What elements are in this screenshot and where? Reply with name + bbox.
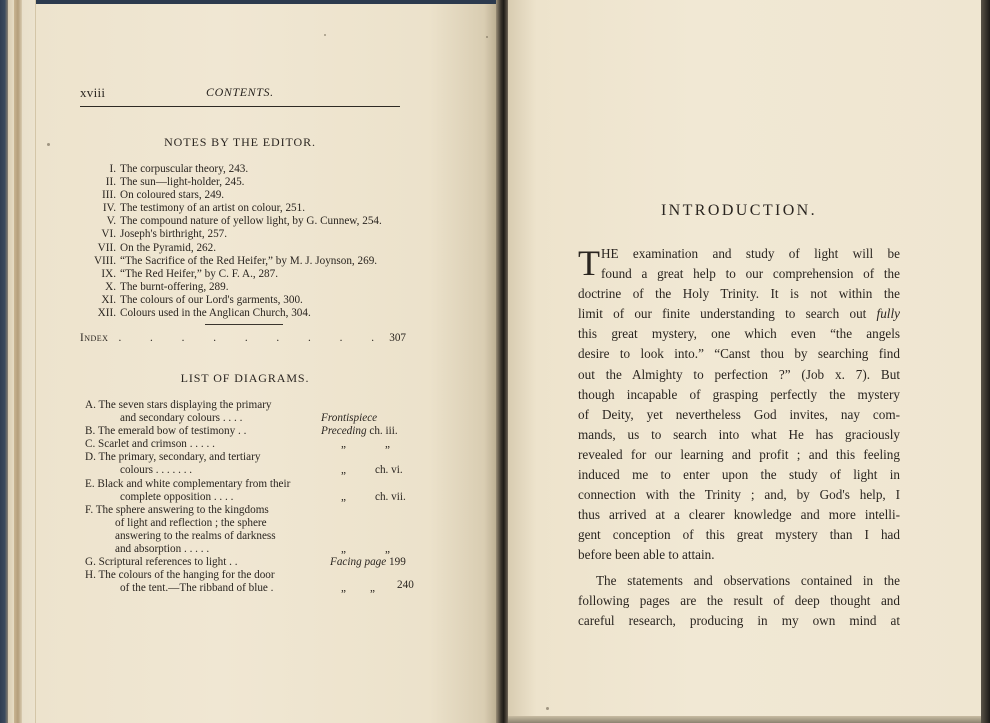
diagram-ref: Frontispiece (321, 412, 377, 425)
ditto-mark: „ (341, 491, 346, 504)
text-line: found a great help to our comprehension … (578, 264, 900, 284)
diagram-item-cont: complete opposition . . . .„ch. vii. (85, 491, 415, 504)
diagram-item: A. The seven stars displaying the primar… (85, 399, 415, 412)
text-line: HE examination and study of light will b… (578, 244, 900, 264)
text-line: induced me to enter upon the study of li… (578, 465, 900, 485)
diagram-list: A. The seven stars displaying the primar… (85, 399, 415, 595)
diagrams-title: LIST OF DIAGRAMS. (80, 371, 410, 386)
text-line: revealed for our learning and profit ; a… (578, 445, 900, 465)
index-entry: Index . . . . . . . . . . . . 307 (80, 332, 406, 344)
text-line: gent conception of this great mystery th… (578, 525, 900, 545)
note-text: The compound nature of yellow light, by … (120, 215, 382, 228)
text-line: thus arrived at a clearer knowledge and … (578, 505, 900, 525)
diagram-text: answering to the realms of darkness (115, 530, 276, 543)
leader-dots: . . . . . . . . . . . . (108, 332, 389, 344)
notes-list: I.The corpuscular theory, 243. II.The su… (80, 163, 410, 320)
note-item: II.The sun—light-holder, 245. (80, 176, 410, 189)
note-text: Joseph's birthright, 257. (120, 228, 227, 241)
chapter-title: INTRODUCTION. (578, 202, 900, 220)
diagram-chapter: ch. vi. (375, 464, 403, 477)
page-edge-strip (22, 0, 36, 723)
diagram-item-cont: of light and reflection ; the sphere (85, 517, 415, 530)
text-line: careful research, producing in my own mi… (578, 611, 900, 631)
paper-speck (324, 34, 326, 36)
book-cover-edge (0, 0, 8, 723)
diagram-item-cont: colours . . . . . . .„ch. vi. (85, 464, 415, 477)
diagram-item: F. The sphere answering to the kingdoms (85, 504, 415, 517)
diagram-text: and absorption . . . . . (115, 543, 209, 556)
ditto-mark: „ (341, 582, 346, 595)
diagram-page: 240 (397, 579, 414, 592)
bottom-edge (508, 716, 981, 723)
diagram-chapter: ch. vii. (375, 491, 406, 504)
diagram-item: G. Scriptural references to light . .Fac… (85, 556, 415, 569)
diagram-text: H. The colours of the hanging for the do… (85, 569, 275, 582)
diagram-text: of light and reflection ; the sphere (115, 517, 267, 530)
drop-cap: T (578, 248, 600, 278)
ref-italic: Preceding (321, 425, 367, 437)
paper-speck (486, 36, 488, 38)
note-text: On coloured stars, 249. (120, 189, 224, 202)
diagram-ref: Facing page 199 (330, 556, 406, 569)
diagram-item: E. Black and white complementary from th… (85, 478, 415, 491)
diagram-text: D. The primary, secondary, and tertiary (85, 451, 260, 464)
diagram-text: and secondary colours . . . . (120, 412, 242, 425)
note-number: VII. (80, 242, 120, 255)
text-line: The statements and observations containe… (578, 571, 900, 591)
text-line: this great mystery, one which even “the … (578, 324, 900, 344)
note-text: Colours used in the Anglican Church, 304… (120, 307, 311, 320)
section-rule (205, 324, 283, 325)
note-item: VIII.“The Sacrifice of the Red Heifer,” … (80, 255, 410, 268)
text-line: before been able to attain. (578, 545, 900, 565)
note-number: XI. (80, 294, 120, 307)
note-text: On the Pyramid, 262. (120, 242, 216, 255)
note-number: I. (80, 163, 120, 176)
note-number: VIII. (80, 255, 120, 268)
note-item: XI.The colours of our Lord's garments, 3… (80, 294, 410, 307)
note-item: V.The compound nature of yellow light, b… (80, 215, 410, 228)
ref-page: 199 (386, 556, 406, 568)
note-number: III. (80, 189, 120, 202)
page-number: xviii (80, 85, 105, 101)
note-item: I.The corpuscular theory, 243. (80, 163, 410, 176)
index-page: 307 (389, 332, 406, 344)
running-head: xviii CONTENTS. (80, 85, 400, 105)
diagram-item-cont: and absorption . . . . .„„ (85, 543, 415, 556)
page-edge-strip (14, 0, 22, 723)
book-spread: xviii CONTENTS. NOTES BY THE EDITOR. I.T… (0, 0, 990, 723)
note-text: The testimony of an artist on colour, 25… (120, 202, 305, 215)
text-segment: limit of our finite understanding to sea… (578, 306, 866, 321)
note-number: V. (80, 215, 120, 228)
note-number: X. (80, 281, 120, 294)
note-text: The burnt-offering, 289. (120, 281, 229, 294)
header-rule (80, 106, 400, 107)
diagram-item: C. Scarlet and crimson . . . . .„„ (85, 438, 415, 451)
ditto-mark: „ (341, 543, 346, 556)
note-number: II. (80, 176, 120, 189)
diagram-text: A. The seven stars displaying the primar… (85, 399, 272, 412)
note-text: “The Red Heifer,” by C. F. A., 287. (120, 268, 278, 281)
diagram-text: colours . . . . . . . (120, 464, 192, 477)
diagram-text: C. Scarlet and crimson . . . . . (85, 438, 215, 451)
note-item: VII.On the Pyramid, 262. (80, 242, 410, 255)
diagram-text: of the tent.—The ribband of blue . (120, 582, 273, 595)
note-item: IV.The testimony of an artist on colour,… (80, 202, 410, 215)
text-line: limit of our finite understanding to sea… (578, 304, 900, 324)
text-line: following pages are the result of deep t… (578, 591, 900, 611)
text-line: though incapable of grasping perfectly t… (578, 385, 900, 405)
diagram-item: B. The emerald bow of testimony . .Prece… (85, 425, 415, 438)
note-item: XII.Colours used in the Anglican Church,… (80, 307, 410, 320)
diagram-text: F. The sphere answering to the kingdoms (85, 504, 269, 517)
note-number: XII. (80, 307, 120, 320)
ditto-mark: „ (341, 464, 346, 477)
note-number: VI. (80, 228, 120, 241)
right-edge-shadow (981, 0, 990, 723)
ref-chapter: ch. iii. (367, 425, 398, 437)
ditto-mark: „ (385, 543, 390, 556)
text-line: connection with the Trinity ; and, by Go… (578, 485, 900, 505)
diagram-item-cont: of the tent.—The ribband of blue .„„240 (85, 582, 415, 595)
note-number: IX. (80, 268, 120, 281)
diagram-text: E. Black and white complementary from th… (85, 478, 290, 491)
note-text: The sun—light-holder, 245. (120, 176, 244, 189)
first-paragraph-opening: T HE examination and study of light will… (578, 244, 900, 284)
note-item: X.The burnt-offering, 289. (80, 281, 410, 294)
body-text: T HE examination and study of light will… (578, 244, 900, 631)
text-line: of Deity, yet nevertheless God invites, … (578, 405, 900, 425)
note-text: The corpuscular theory, 243. (120, 163, 248, 176)
ditto-mark: „ (385, 438, 390, 451)
note-item: III.On coloured stars, 249. (80, 189, 410, 202)
notes-title: NOTES BY THE EDITOR. (80, 135, 400, 150)
text-line: doctrine of the Holy Trinity. It is not … (578, 284, 900, 304)
left-page (36, 4, 498, 723)
diagram-item: H. The colours of the hanging for the do… (85, 569, 415, 582)
text-line: out the Almighty to perfection ?” (Job x… (578, 365, 900, 385)
note-number: IV. (80, 202, 120, 215)
note-item: VI.Joseph's birthright, 257. (80, 228, 410, 241)
ref-italic: Facing page (330, 556, 386, 568)
ditto-mark: „ (370, 582, 375, 595)
note-text: “The Sacrifice of the Red Heifer,” by M.… (120, 255, 377, 268)
note-text: The colours of our Lord's garments, 300. (120, 294, 303, 307)
diagram-text: complete opposition . . . . (120, 491, 233, 504)
diagram-item: D. The primary, secondary, and tertiary (85, 451, 415, 464)
text-line: mands, us to search into what He has gra… (578, 425, 900, 445)
ditto-mark: „ (341, 438, 346, 451)
text-line: desire to look into.” “Canst thou by sea… (578, 344, 900, 364)
diagram-text: G. Scriptural references to light . . (85, 556, 238, 569)
diagram-item-cont: and secondary colours . . . .Frontispiec… (85, 412, 415, 425)
running-title: CONTENTS. (206, 85, 274, 100)
diagram-ref: Preceding ch. iii. (321, 425, 398, 438)
note-item: IX.“The Red Heifer,” by C. F. A., 287. (80, 268, 410, 281)
diagram-item-cont: answering to the realms of darkness (85, 530, 415, 543)
paper-speck (47, 143, 50, 146)
diagram-text: B. The emerald bow of testimony . . (85, 425, 246, 438)
paper-speck (546, 707, 549, 710)
index-label: Index (80, 332, 108, 344)
italic-emphasis: fully (877, 306, 900, 321)
